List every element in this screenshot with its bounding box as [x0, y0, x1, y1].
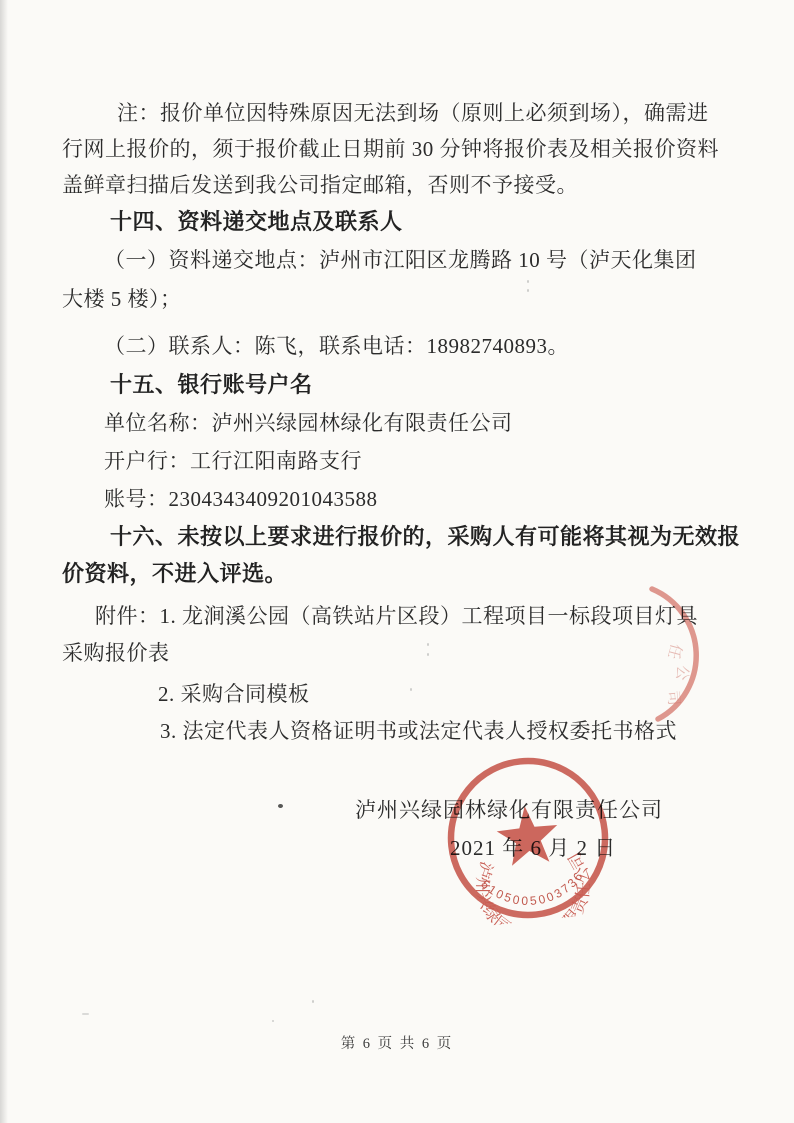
attachment-1-line-2: 采购报价表 [62, 640, 170, 666]
note-line-3: 盖鲜章扫描后发送到我公司指定邮箱，否则不予接受。 [62, 172, 578, 198]
section-16-line-2: 价资料，不进入评选。 [62, 561, 287, 587]
page-number-footer: 第 6 页 共 6 页 [0, 1032, 794, 1053]
scan-speck [312, 1000, 314, 1003]
scan-speck [527, 280, 529, 283]
section-14-item-1-line-1: （一）资料递交地点：泸州市江阳区龙腾路 10 号（泸天化集团 [104, 247, 697, 273]
account-number-line: 账号：2304343409201043588 [104, 486, 378, 512]
note-line-1: 注：报价单位因特殊原因无法到场（原则上必须到场），确需进 [117, 100, 709, 126]
partial-seal-char: 公 [673, 665, 690, 681]
partial-seal-char: 司 [664, 690, 682, 706]
seal-star-icon [494, 803, 561, 867]
section-14-item-1-line-2: 大楼 5 楼）； [62, 286, 182, 312]
scan-edge-shadow [0, 0, 8, 1123]
section-15-heading: 十五、银行账号户名 [110, 372, 313, 398]
section-14-item-2: （二）联系人：陈飞，联系电话：18982740893。 [104, 333, 569, 359]
scan-speck [410, 688, 412, 691]
partial-seal-imprint: 任 公 司 [632, 585, 712, 735]
scan-speck [527, 289, 529, 292]
section-16-line-1: 十六、未按以上要求进行报价的，采购人有可能将其视为无效报 [110, 524, 740, 550]
attachment-1-line-1: 附件：1. 龙涧溪公园（高铁站片区段）工程项目一标段项目灯具 [95, 603, 698, 629]
scan-speck [427, 653, 429, 656]
attachment-3: 3. 法定代表人资格证明书或法定代表人授权委托书格式 [160, 718, 677, 744]
attachment-2: 2. 采购合同模板 [158, 681, 310, 707]
partial-seal-char: 任 [664, 642, 684, 661]
scan-speck [427, 643, 429, 646]
company-seal: 泸州兴绿园林绿化有限责任公司 5105005003736 [437, 747, 619, 929]
scanned-document-page: 注：报价单位因特殊原因无法到场（原则上必须到场），确需进 行网上报价的，须于报价… [0, 0, 794, 1123]
scan-speck [272, 1020, 274, 1022]
section-14-heading: 十四、资料递交地点及联系人 [110, 209, 403, 235]
scan-speck [82, 1013, 89, 1015]
note-line-2: 行网上报价的，须于报价截止日期前 30 分钟将报价表及相关报价资料 [62, 136, 719, 162]
account-name-line: 单位名称：泸州兴绿园林绿化有限责任公司 [104, 410, 513, 436]
bank-branch-line: 开户行：工行江阳南路支行 [104, 448, 362, 474]
ink-dot-artifact [278, 804, 283, 808]
